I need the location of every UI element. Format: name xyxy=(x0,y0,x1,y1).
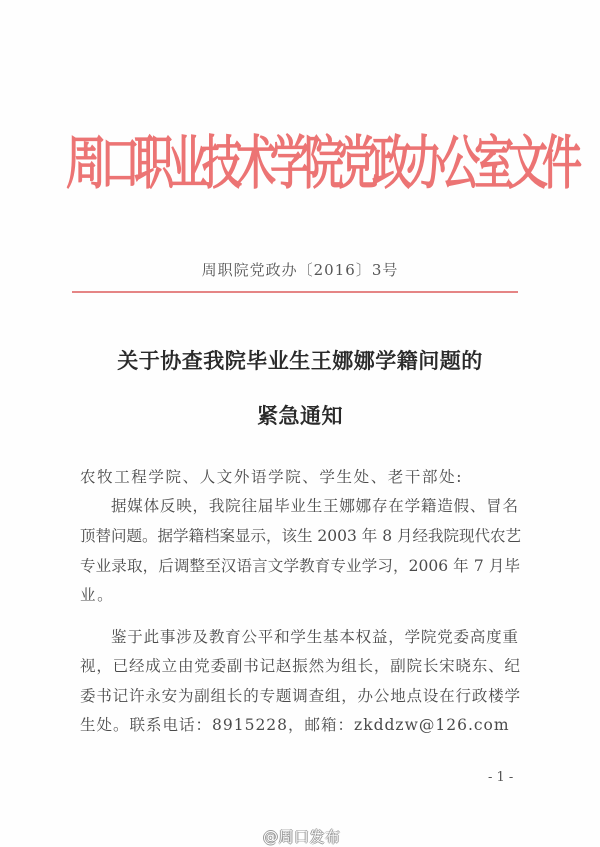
issuer-red-header: 周口职业技术学院党政办公室文件 xyxy=(66,112,524,216)
paragraph-2-line-3: 委书记许永安为副组长的专题调查组，办公地点设在行政楼学 xyxy=(80,684,520,706)
issuer-header-char: 周 xyxy=(66,112,100,216)
issuer-header-char: 学 xyxy=(270,112,304,216)
issuer-header-char: 文 xyxy=(508,112,542,216)
notice-title-line-2: 紧急通知 xyxy=(0,400,600,430)
paragraph-1-line-1: 据媒体反映，我院往届毕业生王娜娜存在学籍造假、冒名 xyxy=(111,494,518,516)
issuer-header-char: 公 xyxy=(440,112,474,216)
issuer-header-char: 政 xyxy=(372,112,406,216)
issuer-header-char: 院 xyxy=(304,112,338,216)
issuer-header-char: 件 xyxy=(542,112,576,216)
issuer-header-char: 口 xyxy=(100,112,134,216)
page-number: - 1 - xyxy=(488,770,513,785)
document-page: 周口职业技术学院党政办公室文件 周职院党政办〔2016〕3号 关于协查我院毕业生… xyxy=(0,0,600,847)
salutation: 农牧工程学院、人文外语学院、学生处、老干部处: xyxy=(80,465,520,487)
paragraph-1-line-3: 专业录取，后调整至汉语言文学教育专业学习，2006 年 7 月毕 xyxy=(80,554,520,576)
issuer-header-char: 室 xyxy=(474,112,508,216)
paragraph-1-line-4: 业。 xyxy=(80,583,520,605)
paragraph-2-line-1: 鉴于此事涉及教育公平和学生基本权益，学院党委高度重 xyxy=(111,625,518,647)
paragraph-2-line-2: 视，已经成立由党委副书记赵振然为组长，副院长宋晓东、纪 xyxy=(80,654,520,676)
issuer-header-char: 职 xyxy=(134,112,168,216)
paragraph-1-line-2: 顶替问题。据学籍档案显示，该生 2003 年 8 月经我院现代农艺 xyxy=(80,524,520,546)
issuer-header-char: 业 xyxy=(168,112,202,216)
notice-title-line-1: 关于协查我院毕业生王娜娜学籍问题的 xyxy=(0,345,600,375)
document-number: 周职院党政办〔2016〕3号 xyxy=(0,259,600,280)
paragraph-2-line-4-contact: 生处。联系电话：8915228，邮箱：zkddzw@126.com xyxy=(80,713,520,735)
issuer-header-char: 技 xyxy=(202,112,236,216)
issuer-header-char: 党 xyxy=(338,112,372,216)
weibo-watermark: @周口发布 xyxy=(263,826,341,847)
red-divider-line xyxy=(72,291,518,293)
issuer-header-char: 术 xyxy=(236,112,270,216)
issuer-header-char: 办 xyxy=(406,112,440,216)
